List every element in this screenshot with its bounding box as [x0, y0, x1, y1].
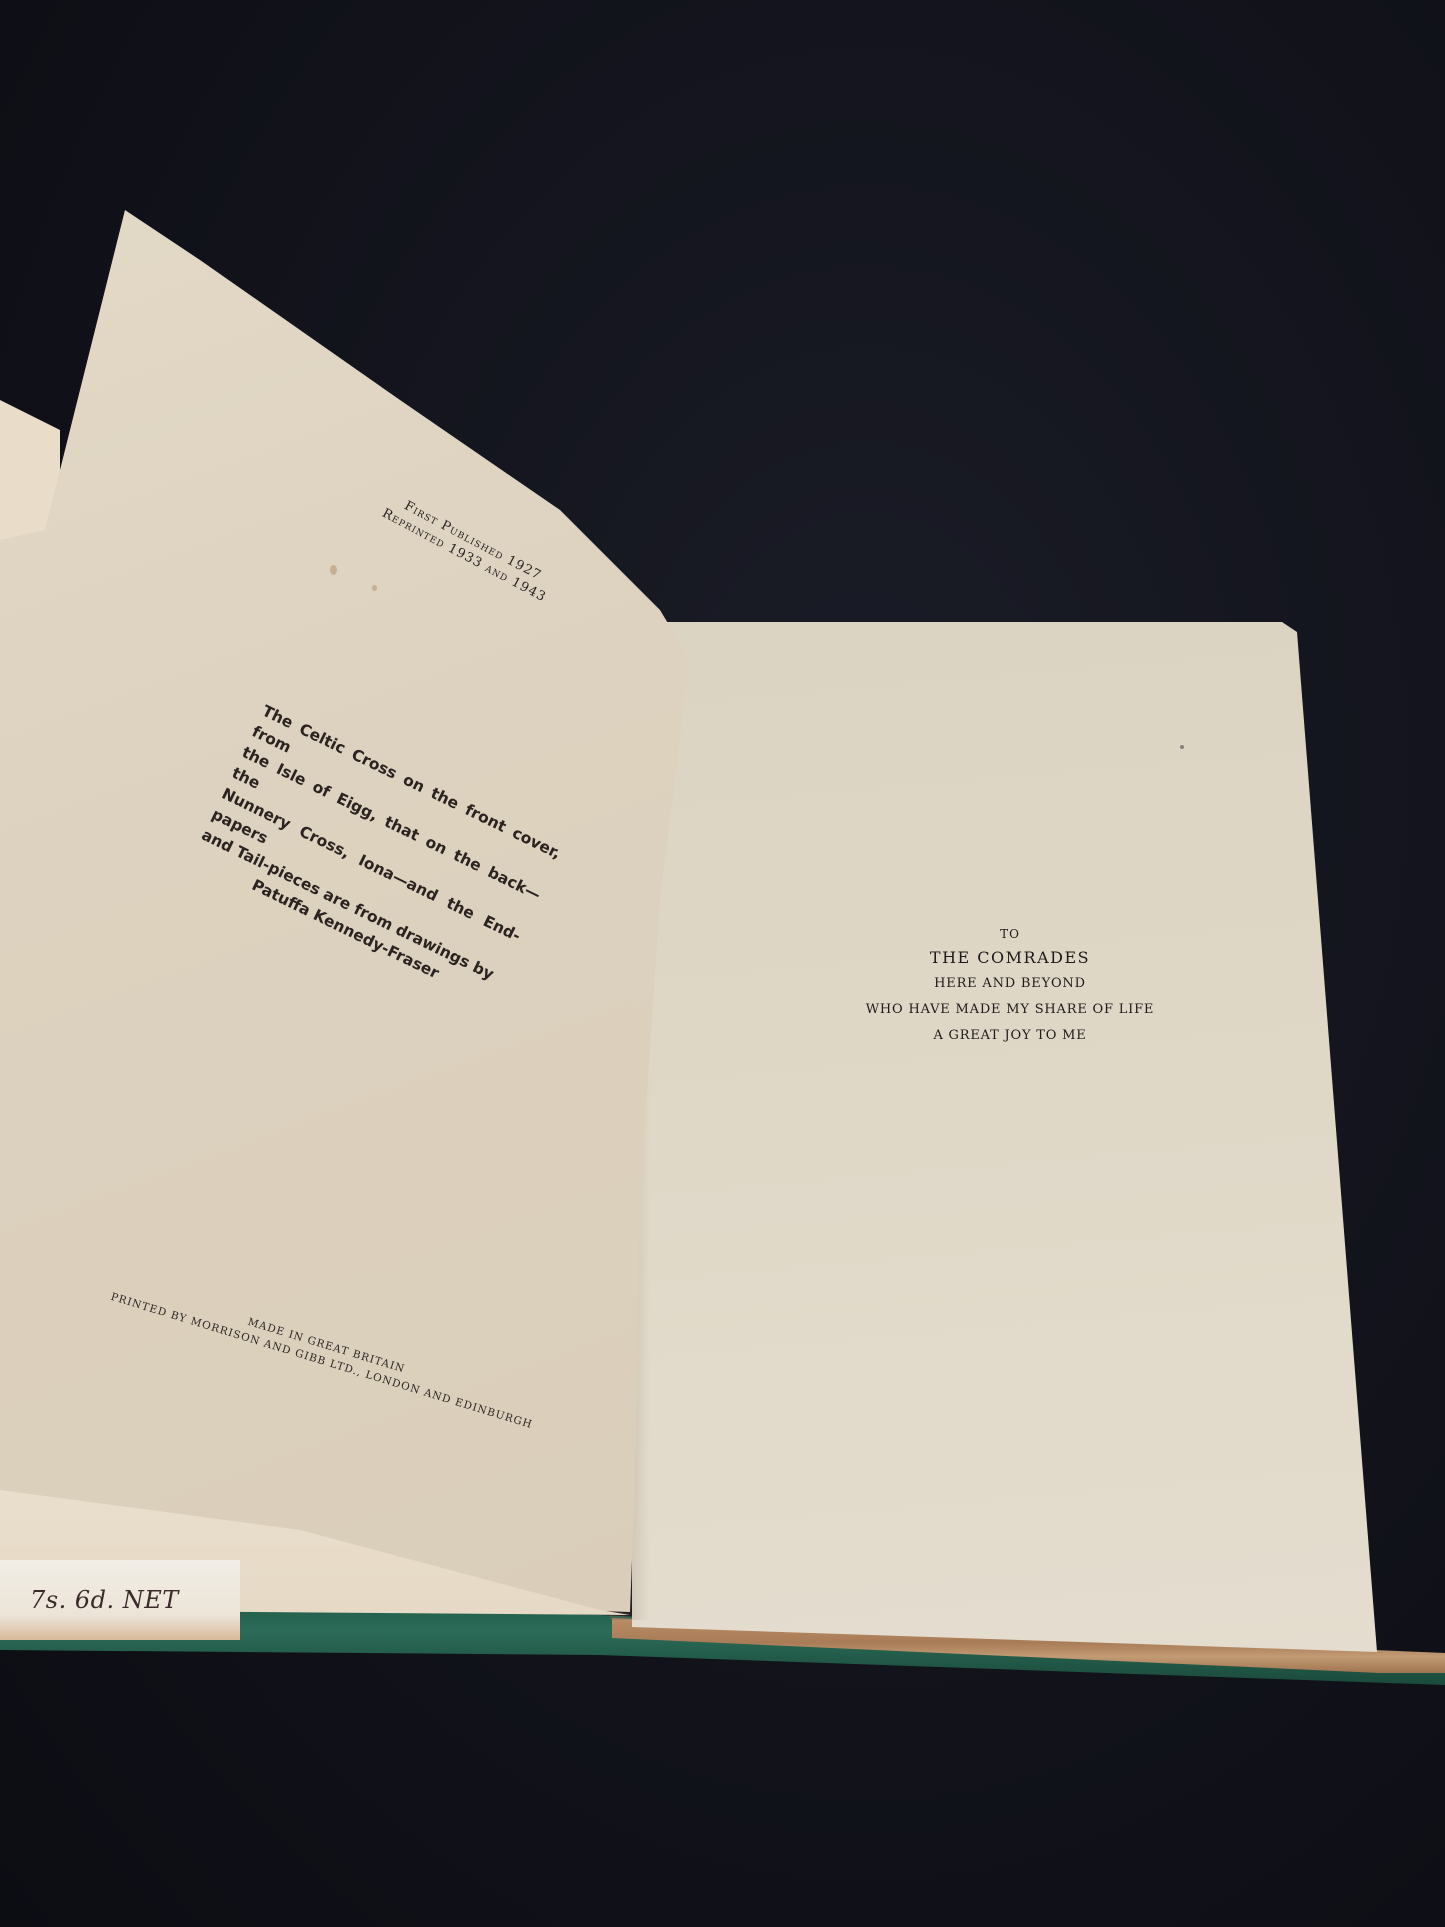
- dedication-title: THE COMRADES: [830, 945, 1190, 971]
- dedication-line: WHO HAVE MADE MY SHARE OF LIFE: [830, 997, 1190, 1023]
- dedication-line: A GREAT JOY TO ME: [830, 1023, 1190, 1049]
- dedication-line: HERE AND BEYOND: [830, 971, 1190, 997]
- foxing-spot: [330, 565, 337, 575]
- foxing-spot: [1180, 745, 1184, 749]
- dedication: TO THE COMRADES HERE AND BEYOND WHO HAVE…: [830, 923, 1190, 1049]
- price-text: 7s. 6d. NET: [30, 1586, 179, 1614]
- dedication-to: TO: [830, 923, 1190, 945]
- book-photo: First Published 1927 Reprinted 1933 and …: [0, 0, 1445, 1927]
- price-sticker: 7s. 6d. NET: [0, 1560, 240, 1640]
- right-page: [632, 622, 1412, 1652]
- foxing-spot: [372, 585, 377, 591]
